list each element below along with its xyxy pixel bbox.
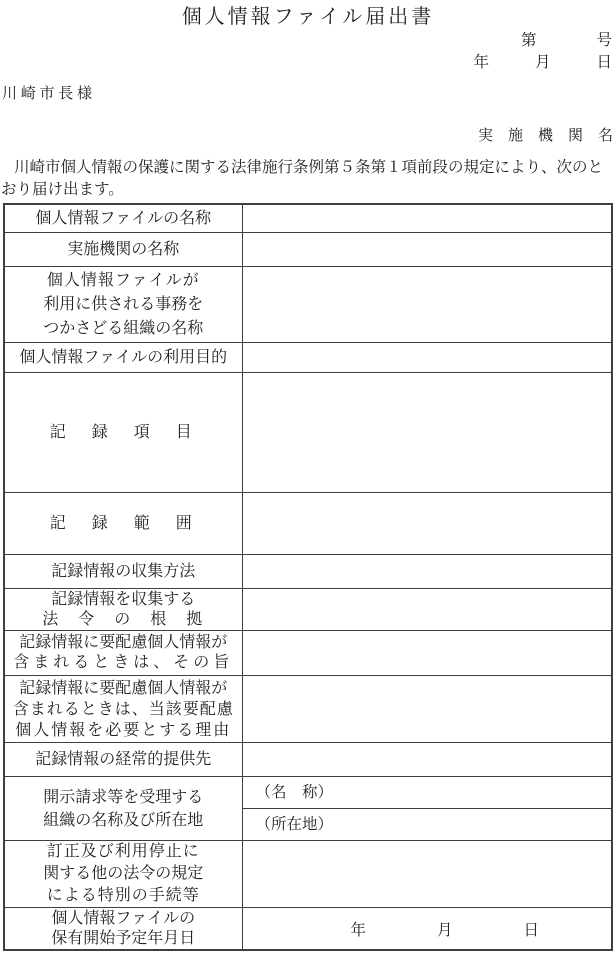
row-label-line: 開示請求等を受理する (5, 786, 242, 809)
row-label-line: 記録情報を収集する (5, 590, 242, 610)
row-value-cell (242, 267, 612, 343)
doc-number-prefix: 第 (521, 30, 537, 52)
row-value-cell (242, 343, 612, 373)
row-label-cell: 個人情報ファイルの利用目的 (4, 343, 242, 373)
row-label-line: 記録情報に要配慮個人情報が (5, 678, 242, 699)
row-value-cell (242, 493, 612, 555)
row-label-line: 記 録 範 囲 (5, 512, 242, 535)
date-year-label: 年 (473, 52, 489, 74)
row-collection-legal-basis: 記録情報を収集する 法 令 の 根 拠 (4, 589, 612, 631)
document-page: 個人情報ファイル届出書 第 号 年 月 日 川 崎 市 長 様 実 施 機 関 … (0, 0, 616, 951)
intro-line-1: 川崎市個人情報の保護に関する法律施行条例第５条第１項前段の規定により、次のと (0, 157, 616, 179)
row-value-cell (242, 589, 612, 631)
row-label-line: 含まれるときは、その旨 (5, 653, 242, 673)
row-label-cell: 記録情報の収集方法 (4, 555, 242, 589)
row-label-cell: 記録情報に要配慮個人情報が 含まれるときは、当該要配慮 個人情報を必要とする理由 (4, 676, 242, 743)
row-agency-name: 実施機関の名称 (4, 233, 612, 267)
retention-year-label: 年 (350, 918, 366, 940)
row-disclosure-request-org: 開示請求等を受理する 組織の名称及び所在地 （名 称） （所在地） (4, 777, 612, 841)
row-label-cell: 記 録 範 囲 (4, 493, 242, 555)
row-label-line: 個人情報ファイルが (5, 269, 242, 293)
date-month-label: 月 (535, 52, 551, 74)
value-subcell-name: （名 称） (243, 777, 612, 809)
row-label-cell: 記録情報の経常的提供先 (4, 743, 242, 777)
page-title: 個人情報ファイル届出書 (0, 0, 616, 30)
row-value-cell: （名 称） （所在地） (242, 777, 612, 841)
row-label-line: 個人情報ファイルの (5, 909, 242, 929)
retention-date-fields: 年 月 日 (243, 918, 612, 940)
row-label-line: 個人情報ファイルの利用目的 (5, 346, 242, 369)
row-collection-method: 記録情報の収集方法 (4, 555, 612, 589)
row-label-cell: 個人情報ファイルの 保有開始予定年月日 (4, 908, 242, 951)
date-day-label: 日 (596, 52, 612, 74)
intro-paragraph: 川崎市個人情報の保護に関する法律施行条例第５条第１項前段の規定により、次のと お… (0, 157, 616, 201)
row-label-line: 記録情報の経常的提供先 (5, 748, 242, 771)
row-record-items: 記 録 項 目 (4, 373, 612, 493)
row-label-line: 記録情報に要配慮個人情報が (5, 633, 242, 653)
retention-month-label: 月 (437, 918, 453, 940)
doc-number-suffix: 号 (596, 30, 612, 52)
row-label-line: 実施機関の名称 (5, 238, 242, 261)
row-label-line: 利用に供される事務を (5, 293, 242, 317)
row-value-cell (242, 204, 612, 233)
row-file-name: 個人情報ファイルの名称 (4, 204, 612, 233)
document-number-line: 第 号 (0, 30, 616, 52)
row-label-line: 訂正及び利用停止に (5, 841, 242, 863)
row-label-cell: 開示請求等を受理する 組織の名称及び所在地 (4, 777, 242, 841)
row-sensitive-info-reason: 記録情報に要配慮個人情報が 含まれるときは、当該要配慮 個人情報を必要とする理由 (4, 676, 612, 743)
row-value-cell (242, 676, 612, 743)
row-routine-recipients: 記録情報の経常的提供先 (4, 743, 612, 777)
row-managing-organization: 個人情報ファイルが 利用に供される事務を つかさどる組織の名称 (4, 267, 612, 343)
row-label-line: 組織の名称及び所在地 (5, 809, 242, 832)
row-label-line: つかさどる組織の名称 (5, 317, 242, 341)
row-label-line: 保有開始予定年月日 (5, 929, 242, 949)
row-label-cell: 実施機関の名称 (4, 233, 242, 267)
value-subcell-location: （所在地） (243, 809, 612, 840)
row-value-cell (242, 373, 612, 493)
row-label-cell: 個人情報ファイルが 利用に供される事務を つかさどる組織の名称 (4, 267, 242, 343)
row-label-line: 個人情報を必要とする理由 (5, 720, 242, 741)
row-record-scope: 記 録 範 囲 (4, 493, 612, 555)
addressee: 川 崎 市 長 様 (2, 84, 616, 104)
row-label-line: 含まれるときは、当該要配慮 (5, 699, 242, 720)
row-label-line: 法 令 の 根 拠 (5, 610, 242, 630)
row-label-cell: 訂正及び利用停止に 関する他の法令の規定 による特別の手続等 (4, 841, 242, 908)
row-label-line: 記録情報の収集方法 (5, 560, 242, 583)
row-label-cell: 記録情報に要配慮個人情報が 含まれるときは、その旨 (4, 631, 242, 676)
retention-day-label: 日 (524, 918, 540, 940)
document-date-line: 年 月 日 (0, 52, 616, 74)
row-retention-start-date: 個人情報ファイルの 保有開始予定年月日 年 月 日 (4, 908, 612, 951)
row-label-line: による特別の手続等 (5, 885, 242, 907)
row-sensitive-info-included: 記録情報に要配慮個人情報が 含まれるときは、その旨 (4, 631, 612, 676)
row-label-cell: 記録情報を収集する 法 令 の 根 拠 (4, 589, 242, 631)
row-value-cell: 年 月 日 (242, 908, 612, 951)
intro-line-2: おり届け出ます。 (0, 179, 616, 201)
row-special-procedures: 訂正及び利用停止に 関する他の法令の規定 による特別の手続等 (4, 841, 612, 908)
row-value-cell (242, 631, 612, 676)
row-value-cell (242, 233, 612, 267)
row-label-line: 関する他の法令の規定 (5, 863, 242, 885)
row-label-line: 個人情報ファイルの名称 (5, 207, 242, 230)
row-label-cell: 記 録 項 目 (4, 373, 242, 493)
agency-name-line: 実 施 機 関 名 (0, 126, 616, 146)
notification-form-table: 個人情報ファイルの名称 実施機関の名称 個人情報ファイルが 利用に供される事務を… (3, 203, 613, 951)
row-value-cell (242, 555, 612, 589)
row-usage-purpose: 個人情報ファイルの利用目的 (4, 343, 612, 373)
row-label-line: 記 録 項 目 (5, 421, 242, 444)
row-value-cell (242, 743, 612, 777)
row-label-cell: 個人情報ファイルの名称 (4, 204, 242, 233)
row-value-cell (242, 841, 612, 908)
